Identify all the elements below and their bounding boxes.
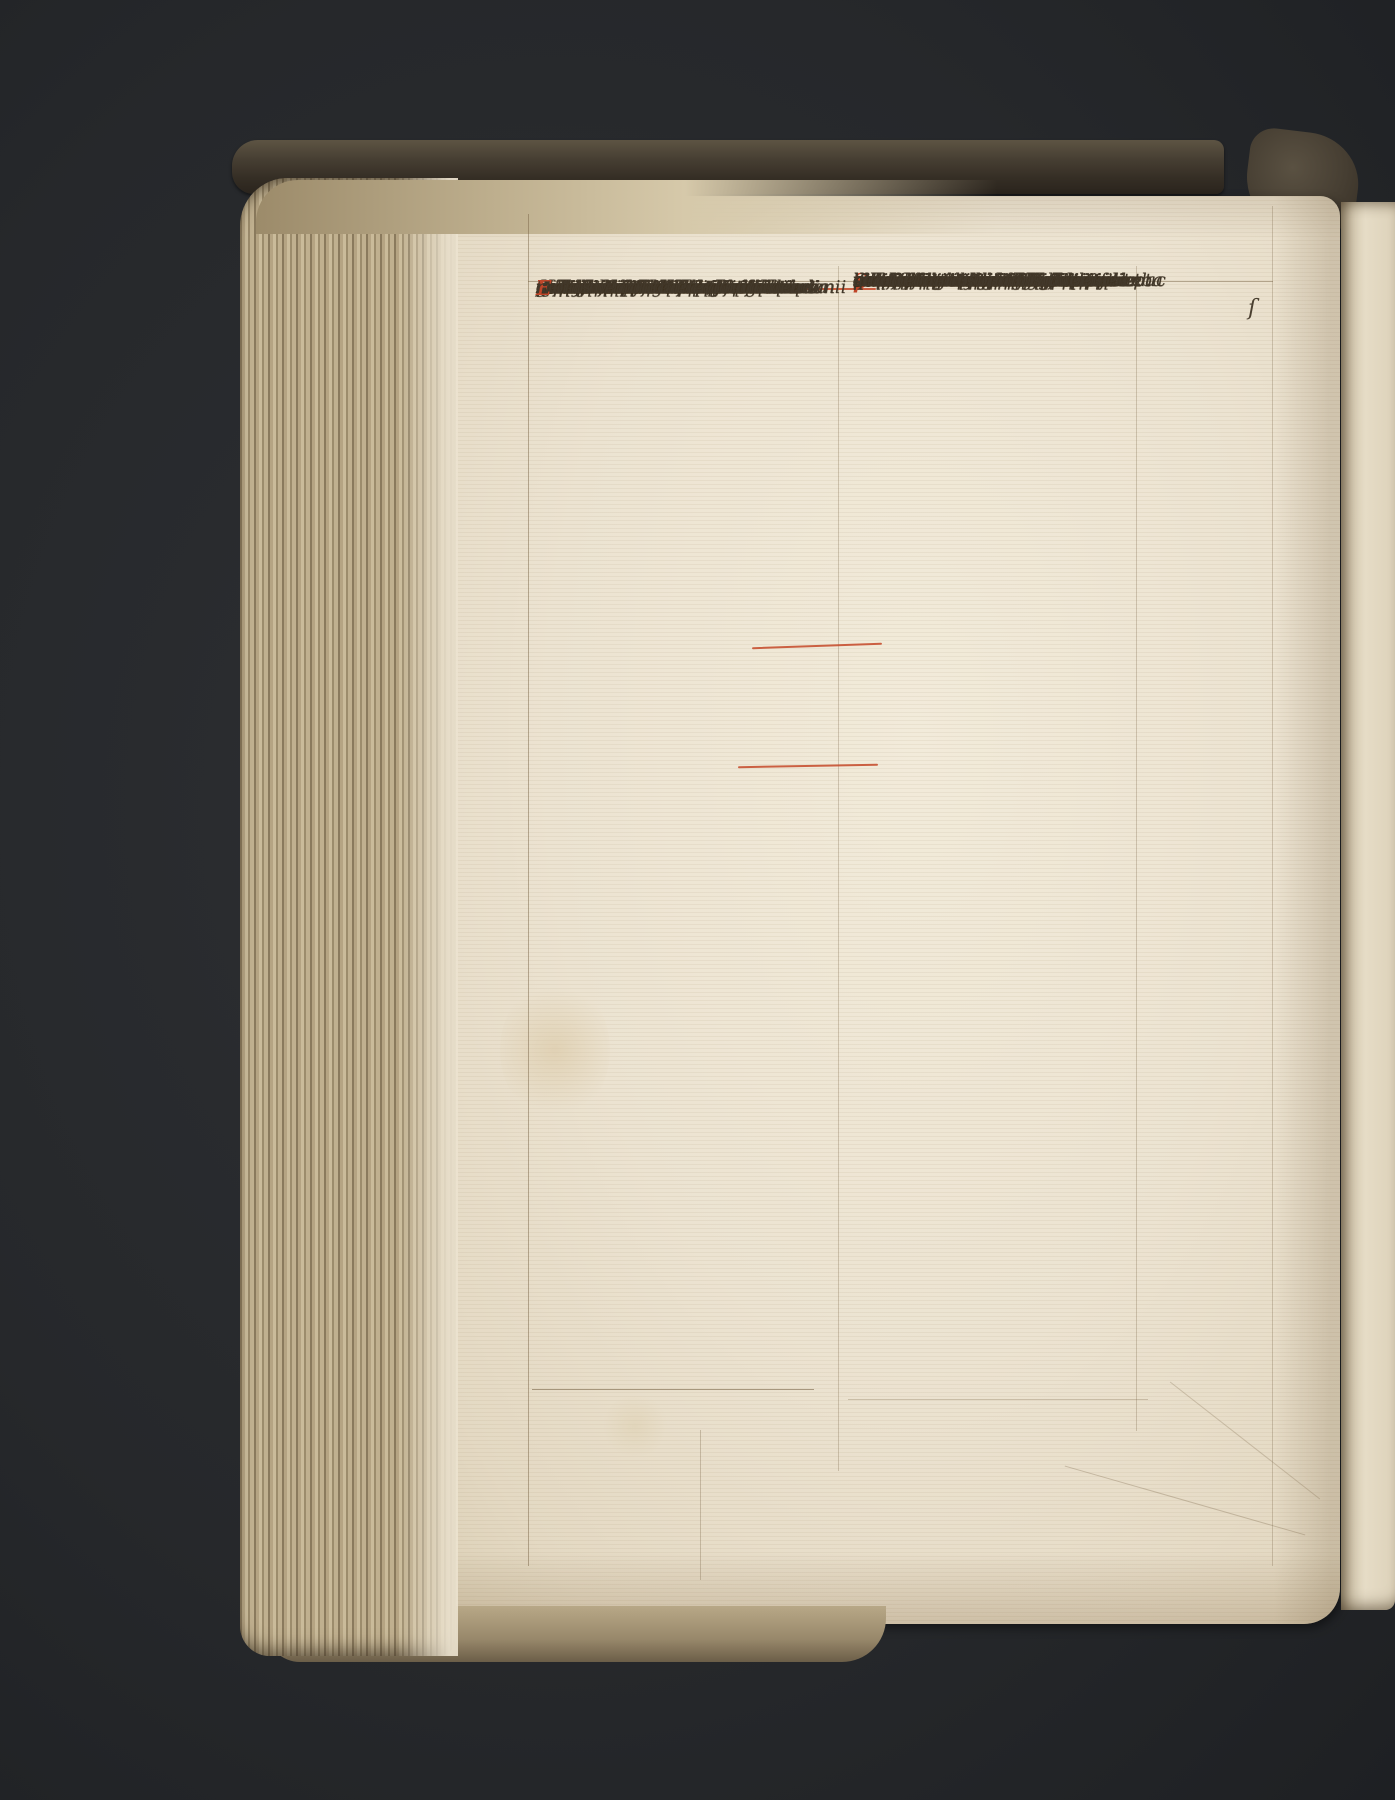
ruling-line-underline — [848, 1399, 1148, 1400]
book-head-page-edges — [256, 180, 1036, 234]
quire-mark: ſ — [1248, 296, 1256, 321]
parchment-stain — [500, 980, 610, 1120]
manuscript-page — [396, 196, 1340, 1624]
book-fore-edge-stack — [240, 178, 456, 1656]
ruling-line-vertical — [528, 214, 529, 1566]
parchment-stain — [600, 1396, 670, 1456]
ruling-line-vertical — [838, 266, 839, 1471]
ruling-line-vertical — [1136, 266, 1137, 1431]
ruling-line-vertical — [1272, 206, 1273, 1566]
ruling-line-underline — [532, 1389, 814, 1390]
photo-backdrop: ſ contractum ¶ nullo impetopt a re aliqu… — [0, 0, 1395, 1800]
parchment-crease — [700, 1430, 701, 1580]
facing-page-edge — [1341, 202, 1395, 1610]
